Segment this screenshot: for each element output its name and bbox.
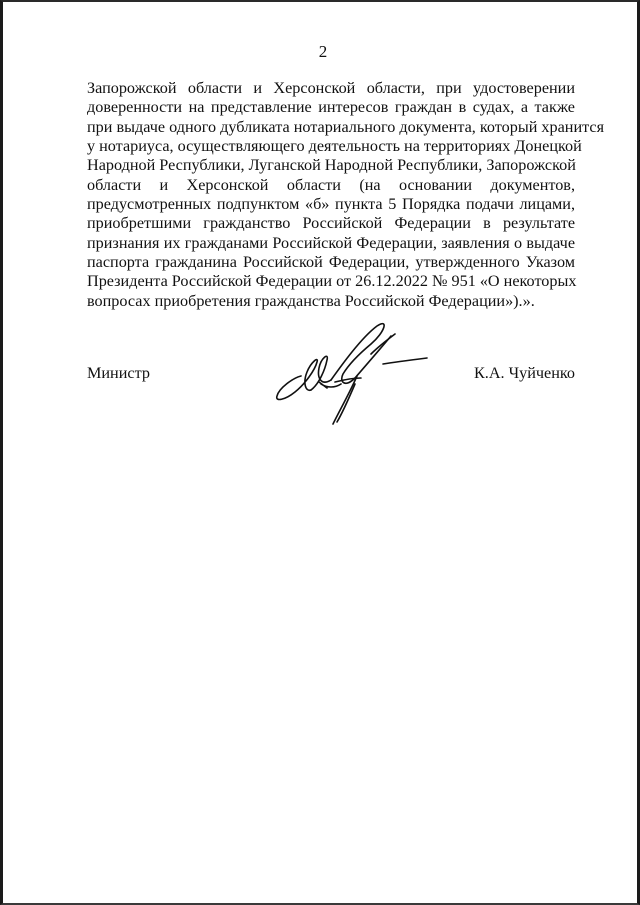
document-page: 2 Запорожской области и Херсонской облас… — [0, 0, 640, 905]
body-line: признания их гражданами Российской Федер… — [87, 234, 575, 253]
body-line: области и Херсонской области (на основан… — [87, 176, 575, 195]
body-line: вопросах приобретения гражданства Россий… — [87, 292, 575, 311]
page-number: 2 — [3, 42, 640, 62]
body-line: Президента Российской Федерации от 26.12… — [87, 272, 575, 291]
body-line: доверенности на представление интересов … — [87, 98, 575, 117]
body-line: Запорожской области и Херсонской области… — [87, 79, 575, 98]
body-line: у нотариуса, осуществляющего деятельност… — [87, 137, 575, 156]
body-line: Народной Республики, Луганской Народной … — [87, 156, 575, 175]
handwritten-signature-icon — [271, 318, 431, 428]
body-line: предусмотренных подпунктом «б» пункта 5 … — [87, 195, 575, 214]
signatory-name: К.А. Чуйченко — [474, 362, 575, 384]
body-line: при выдаче одного дубликата нотариальног… — [87, 118, 575, 137]
document-body: Запорожской области и Херсонской области… — [87, 79, 575, 311]
body-line: паспорта гражданина Российской Федерации… — [87, 253, 575, 272]
signatory-title: Министр — [87, 362, 150, 384]
body-line: приобретшими гражданство Российской Феде… — [87, 214, 575, 233]
